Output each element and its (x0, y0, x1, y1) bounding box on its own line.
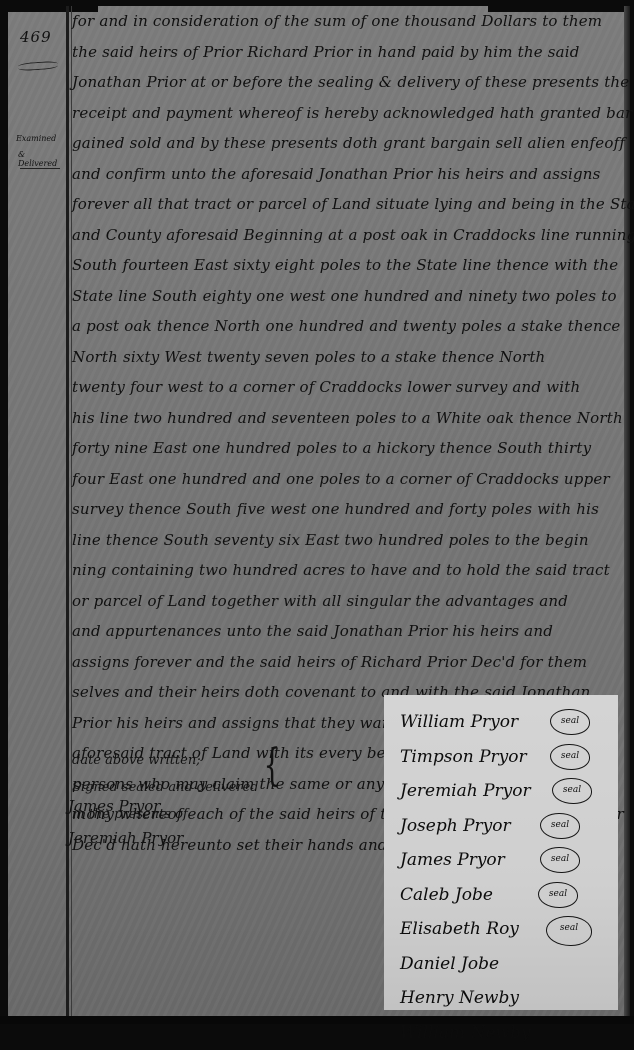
deed-line: gained sold and by these presents doth g… (72, 128, 620, 159)
margin-underline (20, 168, 60, 169)
deed-line: receipt and payment whereof is hereby ac… (72, 98, 620, 129)
witness-list: James Pryor Jeremiah Pryor (68, 790, 183, 854)
deed-line: his line two hundred and seventeen poles… (72, 403, 620, 434)
deed-line: and appurtenances unto the said Jonathan… (72, 616, 620, 647)
deed-line: line thence South seventy six East two h… (72, 525, 620, 556)
signatory-row: Elisabeth Roy seal (400, 912, 622, 947)
wax-seal-icon: seal (550, 709, 590, 735)
deed-line: forty nine East one hundred poles to a h… (72, 433, 620, 464)
signatory-row: Joseph Pryor seal (400, 809, 622, 844)
signatory-name: Daniel Jobe (400, 954, 499, 974)
signatory-name: Henry Newby (400, 988, 519, 1008)
deed-line: survey thence South five west one hundre… (72, 494, 620, 525)
date-line: date above written; (72, 747, 372, 774)
page-number: 469 (20, 28, 52, 46)
deed-line: ning containing two hundred acres to hav… (72, 555, 620, 586)
witness-signature: Jeremiah Pryor (68, 822, 183, 854)
wax-seal-icon: seal (552, 778, 592, 804)
margin-rule (66, 6, 69, 1016)
page-edge (624, 6, 630, 1016)
signatory-name: James Pryor (400, 850, 505, 870)
deed-line: for and in consideration of the sum of o… (72, 6, 620, 37)
signatory-name: William Pryor (400, 712, 518, 732)
signatory-name: Caleb Jobe (400, 885, 493, 905)
brace-mark: { (264, 740, 281, 791)
wax-seal-icon: seal (540, 847, 580, 873)
witness-signature: James Pryor (68, 790, 183, 822)
signatory-name: Joseph Pryor (400, 816, 511, 836)
signatory-list: William Pryor seal Timpson Pryor seal Je… (400, 705, 622, 1024)
deed-line: South fourteen East sixty eight poles to… (72, 250, 620, 281)
deed-line: assigns forever and the said heirs of Ri… (72, 647, 620, 678)
flourish-mark (18, 61, 58, 72)
deed-line: State line South eighty one west one hun… (72, 281, 620, 312)
deed-line: a post oak thence North one hundred and … (72, 311, 620, 342)
signatory-row: Timpson Pryor seal (400, 740, 622, 775)
deed-line: four East one hundred and one poles to a… (72, 464, 620, 495)
deed-line: Jonathan Prior at or before the sealing … (72, 67, 620, 98)
deed-line: and County aforesaid Beginning at a post… (72, 220, 620, 251)
wax-seal-icon: seal (546, 916, 592, 946)
deed-line: forever all that tract or parcel of Land… (72, 189, 620, 220)
wax-seal-icon: seal (538, 882, 578, 908)
deed-line: and confirm unto the aforesaid Jonathan … (72, 159, 620, 190)
margin-note-delivered: & Delivered (18, 150, 64, 168)
margin-note-examined: Examined (16, 134, 56, 143)
deed-line: North sixty West twenty seven poles to a… (72, 342, 620, 373)
scan-bottom-edge (0, 1016, 634, 1024)
wax-seal-icon: seal (540, 813, 580, 839)
signatory-name: Timpson Pryor (400, 747, 527, 767)
wax-seal-icon: seal (550, 744, 590, 770)
signatory-row: James Pryor seal (400, 843, 622, 878)
signatory-row: Daniel Jobe (400, 947, 622, 982)
signatory-row: William Pryor seal (400, 705, 622, 740)
signatory-name: Elisabeth Roy (400, 919, 519, 939)
signatory-row: Caleb Jobe seal (400, 878, 622, 913)
deed-line: or parcel of Land together with all sing… (72, 586, 620, 617)
deed-line: twenty four west to a corner of Craddock… (72, 372, 620, 403)
signatory-row: Henry Newby (400, 981, 622, 1016)
signatory-name: Jeremiah Pryor (400, 781, 531, 801)
deed-line: the said heirs of Prior Richard Prior in… (72, 37, 620, 68)
signatory-row: Jeremiah Pryor seal (400, 774, 622, 809)
